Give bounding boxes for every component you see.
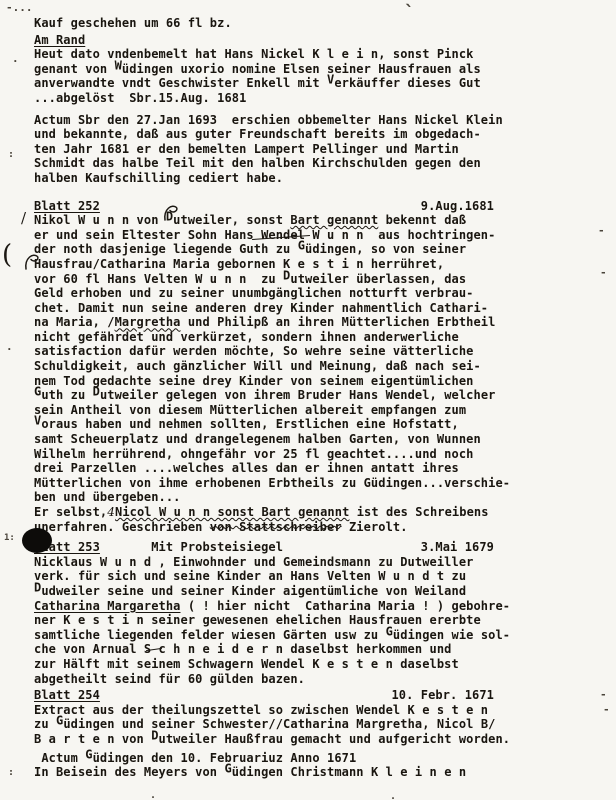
text-segment: Wilhelm herrührend, ohngefähr vor 25 fl … <box>34 447 473 461</box>
text-line: Actum Sbr den 27.Jan 1693 erschien obbem… <box>34 113 608 128</box>
text-segment: er und sein Eltester Sohn Hans Wendel W … <box>34 228 495 242</box>
text-line: er und sein Eltester Sohn Hans Wendel W … <box>34 228 608 243</box>
text-segment: Hausfrau/Catharina Maria gebornen K e s … <box>34 257 444 271</box>
text-segment: ner K e s t i n seiner gewesenen ehelich… <box>34 613 481 627</box>
text-segment: Kauf geschehen um 66 fl bz. <box>34 16 232 30</box>
text-line: Schmidt das halbe Teil mit den halben Ki… <box>34 156 608 171</box>
text-segment: halben Kaufschilling cediert habe. <box>34 171 283 185</box>
text-line: Blatt 253 Mit Probsteisiegel3.Mai 1679 <box>34 540 608 555</box>
text-segment: utweiler überlassen, das <box>290 272 466 286</box>
text-segment: Mit Probsteisiegel <box>100 540 283 554</box>
text-line: vor 60 fl Hans Velten W u n n zu Dutweil… <box>34 272 608 287</box>
scanned-document-page: Kauf geschehen um 66 fl bz.Am RandHeut d… <box>0 0 616 800</box>
text-segment: bekennt daß <box>378 213 466 227</box>
text-line: sein Antheil von diesem Mütterlichen alb… <box>34 403 608 418</box>
text-segment: und Philipß an ihren Mütterlichen Erbthe… <box>181 315 496 329</box>
text-segment: G <box>34 385 41 400</box>
text-line: Wilhelm herrührend, ohngefähr vor 25 fl … <box>34 447 608 462</box>
text-segment: Schmidt das halbe Teil mit den halben Ki… <box>34 156 481 170</box>
text-segment: D <box>283 268 290 283</box>
scan-noise-mark: -... <box>6 1 33 16</box>
text-block: Kauf geschehen um 66 fl bz. <box>34 16 608 31</box>
text-segment: In Beisein des Meyers von <box>34 765 224 779</box>
text-segment: samt Scheuerplatz und drangelegenem halb… <box>34 432 481 446</box>
text-segment: Schuldigkeit, auch gänzlicher Will und M… <box>34 359 481 373</box>
text-line: Blatt 25410. Febr. 1671 <box>34 688 608 703</box>
text-line: Guth zu Dutweiler gelegen von ihrem Brud… <box>34 388 608 403</box>
text-line: Mütterlichen von ihme erhobenen Erbtheil… <box>34 476 608 491</box>
text-line: drei Parzellen ....welches alles dan er … <box>34 461 608 476</box>
text-line: samt Scheuerplatz und drangelegenem halb… <box>34 432 608 447</box>
text-line: nem Tod gedachte seine drey Kinder von s… <box>34 374 608 389</box>
text-segment: sein Antheil von diesem Mütterlichen alb… <box>34 403 466 417</box>
text-block: Actum Sbr den 27.Jan 1693 erschien obbem… <box>34 113 608 186</box>
scan-noise-mark: . <box>6 340 13 355</box>
text-line: abgetheilt seind für 60 gülden bazen. <box>34 672 608 687</box>
text-segment: B a r t e n von <box>34 732 151 746</box>
scan-noise-mark: . <box>390 790 396 800</box>
text-segment: zu <box>34 717 56 731</box>
text-line: Schuldigkeit, auch gänzlicher Will und M… <box>34 359 608 374</box>
text-line: Extract aus der theilungszettel so zwisc… <box>34 703 608 718</box>
text-segment: drei Parzellen ....welches alles dan er … <box>34 461 459 475</box>
text-segment: nicht gefährdet und verkürzet, sondern i… <box>34 330 459 344</box>
text-line: Am Rand <box>34 33 608 48</box>
text-line: der noth dasjenige liegende Guth zu Güdi… <box>34 242 608 257</box>
text-segment: von Stattschreiber <box>210 520 342 534</box>
text-segment: ( ! hier nicht Catharina Maria ! ) geboh… <box>181 599 511 613</box>
text-line: genant von Wüdingen uxorio nomine Elsen … <box>34 62 608 77</box>
text-line: anverwandte vndt Geschwister Enkell mit … <box>34 76 608 91</box>
text-segment: samtliche liegenden felder wiesen Gärten… <box>34 628 386 642</box>
text-segment: üdingen Christmann K l e i n e n <box>232 765 466 779</box>
text-segment: ben und übergeben... <box>34 490 181 504</box>
text-segment: Mütterlichen von ihme erhobenen Erbtheil… <box>34 476 510 490</box>
text-segment: V <box>327 73 334 88</box>
text-segment: Zierolt. <box>342 520 408 534</box>
text-segment: Nicklaus W u n d , Einwohnder und Gemein… <box>34 555 473 569</box>
text-line: Nikol W u n n von Dutweiler, sonst Bart … <box>34 213 608 228</box>
text-segment: utweiler Haußfrau gemacht und aufgericht… <box>159 732 511 746</box>
text-line: B a r t e n von Dutweiler Haußfrau gemac… <box>34 732 608 747</box>
text-segment: chet. Damit nun seine anderen drey Kinde… <box>34 301 488 315</box>
text-line: na Maria, /Margretha und Philipß an ihre… <box>34 315 608 330</box>
text-segment: ten Jahr 1681 er den bemelten Lampert Pe… <box>34 142 459 156</box>
text-segment: genant von <box>34 62 115 76</box>
text-segment: G <box>85 747 92 762</box>
text-segment: che von Arnual S c h n e i d e r n dasel… <box>34 642 452 656</box>
text-segment: anverwandte vndt Geschwister Enkell mit <box>34 76 327 90</box>
underlined-heading: Blatt 254 <box>34 688 100 702</box>
date-label: 3.Mai 1679 <box>421 540 494 555</box>
text-line: halben Kaufschilling cediert habe. <box>34 171 608 186</box>
text-line: In Beisein des Meyers von Güdingen Chris… <box>34 765 608 780</box>
text-line: ...abgelöst Sbr.15.Aug. 1681 <box>34 91 608 106</box>
text-line: Catharina Margaretha ( ! hier nicht Cath… <box>34 599 608 614</box>
text-segment: der noth dasjenige liegende Guth zu <box>34 242 298 256</box>
text-block: Blatt 2529.Aug.1681Nikol W u n n von Dut… <box>34 199 608 535</box>
text-line: Actum Güdingen den 10. Februariuz Anno 1… <box>34 751 608 766</box>
text-line: ben und übergeben... <box>34 490 608 505</box>
text-segment: Margretha <box>115 315 181 329</box>
text-line: chet. Damit nun seine anderen drey Kinde… <box>34 301 608 316</box>
handwritten-slash-mark: / <box>21 211 26 226</box>
text-segment: zur Hälft mit seinem Schwagern Wendel K … <box>34 657 459 671</box>
text-segment: Extract aus der theilungszettel so zwisc… <box>34 703 488 717</box>
text-segment: ist des Schreibens <box>349 505 488 519</box>
text-segment: utweiler gelegen von ihrem Bruder Hans W… <box>100 388 496 402</box>
text-line: samtliche liegenden felder wiesen Gärten… <box>34 628 608 643</box>
text-line: Dudweiler seine und seiner Kinder aigent… <box>34 584 608 599</box>
text-segment: G <box>56 714 63 729</box>
text-line: zu Güdingen und seiner Schwester//Cathar… <box>34 717 608 732</box>
underlined-heading: Blatt 253 <box>34 540 100 554</box>
text-segment: uth zu <box>41 388 92 402</box>
text-segment: G <box>386 624 393 639</box>
scan-noise-mark: 1: <box>4 531 15 546</box>
text-segment: und bekannte, daß aus guter Freundschaft… <box>34 127 481 141</box>
text-segment: D <box>93 385 100 400</box>
text-segment: üdingen, so von seiner <box>305 242 466 256</box>
text-line: unerfahren. Geschrieben von Stattschreib… <box>34 520 608 535</box>
text-segment: G <box>298 239 305 254</box>
underlined-heading: Am Rand <box>34 33 85 47</box>
text-block: Blatt 25410. Febr. 1671Extract aus der t… <box>34 688 608 746</box>
text-line: satisfaction dafür werden möchte, So weh… <box>34 344 608 359</box>
text-line: zur Hälft mit seinem Schwagern Wendel K … <box>34 657 608 672</box>
scan-noise-mark: : <box>8 148 14 163</box>
text-block: Actum Güdingen den 10. Februariuz Anno 1… <box>34 751 608 780</box>
text-line: ten Jahr 1681 er den bemelten Lampert Pe… <box>34 142 608 157</box>
text-line: verk. für sich und seine Kinder an Hans … <box>34 569 608 584</box>
text-line: Kauf geschehen um 66 fl bz. <box>34 16 608 31</box>
text-block: Am RandHeut dato vndenbemelt hat Hans Ni… <box>34 33 608 106</box>
text-segment: na Maria, / <box>34 315 115 329</box>
scan-noise-mark: . <box>150 789 156 800</box>
text-segment: Actum <box>34 751 85 765</box>
text-segment: Nikol W u n n von <box>34 213 166 227</box>
text-line: Hausfrau/Catharina Maria gebornen K e s … <box>34 257 608 272</box>
scan-noise-mark: . <box>12 52 19 67</box>
text-segment: 4 <box>107 505 115 519</box>
text-segment: Nicol W u n n sonst Bart genannt <box>115 505 349 519</box>
document-text: Kauf geschehen um 66 fl bz.Am RandHeut d… <box>34 16 608 780</box>
text-segment: D <box>151 728 158 743</box>
text-segment: udweiler seine und seiner Kinder aigentü… <box>41 584 466 598</box>
text-line: ner K e s t i n seiner gewesenen ehelich… <box>34 613 608 628</box>
text-segment: Bart genannt <box>290 213 378 227</box>
text-segment: abgetheilt seind für 60 gülden bazen. <box>34 672 305 686</box>
text-block: Blatt 253 Mit Probsteisiegel3.Mai 1679Ni… <box>34 540 608 686</box>
scan-noise-mark: : <box>8 766 14 781</box>
underlined-heading: Blatt 252 <box>34 199 100 213</box>
text-segment: Heut dato vndenbemelt hat Hans Nickel K … <box>34 47 473 61</box>
text-segment: erkäuffer dieses Gut <box>334 76 481 90</box>
text-segment: vor 60 fl Hans Velten W u n n zu <box>34 272 283 286</box>
text-segment: G <box>224 762 231 777</box>
text-line: che von Arnual S c h n e i d e r n dasel… <box>34 642 608 657</box>
text-segment: üdingen uxorio nomine Elsen seiner Hausf… <box>122 62 481 76</box>
text-line: Nicklaus W u n d , Einwohnder und Gemein… <box>34 555 608 570</box>
text-segment: W <box>115 58 122 73</box>
text-line: Er selbst,4Nicol W u n n sonst Bart gena… <box>34 505 608 520</box>
text-line: und bekannte, daß aus guter Freundschaft… <box>34 127 608 142</box>
text-line: nicht gefährdet und verkürzet, sondern i… <box>34 330 608 345</box>
text-segment: D <box>166 210 173 225</box>
text-segment: satisfaction dafür werden möchte, So weh… <box>34 344 473 358</box>
text-segment: verk. für sich und seine Kinder an Hans … <box>34 569 466 583</box>
date-label: 9.Aug.1681 <box>421 199 494 214</box>
text-line: Blatt 2529.Aug.1681 <box>34 199 608 214</box>
text-segment: D <box>34 580 41 595</box>
text-segment: unerfahren. Geschrieben <box>34 520 210 534</box>
text-segment: üdingen wie sol- <box>393 628 510 642</box>
text-segment: Geld erhoben und zu seiner unumbgänglich… <box>34 286 473 300</box>
text-line: Geld erhoben und zu seiner unumbgänglich… <box>34 286 608 301</box>
text-segment: utweiler, sonst <box>173 213 290 227</box>
text-segment: Er selbst, <box>34 505 107 519</box>
text-segment: V <box>34 414 41 429</box>
text-line: Voraus haben und nehmen sollten, Erstlic… <box>34 417 608 432</box>
text-segment: ...abgelöst Sbr.15.Aug. 1681 <box>34 91 246 105</box>
margin-parenthesis-mark: ( <box>2 248 12 263</box>
underlined-heading: Catharina Margaretha <box>34 599 181 613</box>
text-segment: Actum Sbr den 27.Jan 1693 erschien obbem… <box>34 113 503 127</box>
date-label: 10. Febr. 1671 <box>391 688 494 703</box>
text-segment: oraus haben und nehmen sollten, Erstlich… <box>41 417 459 431</box>
text-segment: üdingen und seiner Schwester//Catharina … <box>63 717 495 731</box>
